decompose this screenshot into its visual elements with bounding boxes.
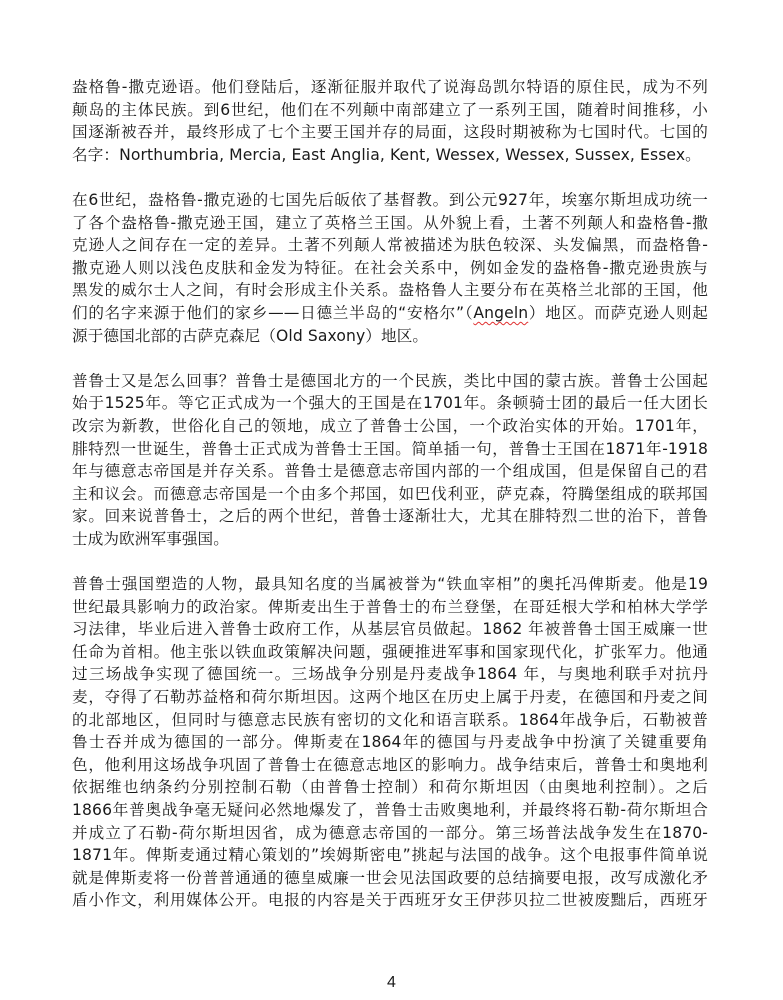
text-segment: 们的名字来源于他们的家乡——日德兰半岛的“安格尔”（ [72,304,473,322]
text-line: 习法律，毕业后进入普鲁士政府工作，从基层官员做起。1862 年被普鲁士国王威廉一… [72,618,708,641]
text-line: 主和议会。而德意志帝国是一个由多个邦国，如巴伐利亚，萨克森，符腾堡组成的联邦国 [72,483,708,506]
paragraph-bismarck: 普鲁士强国塑造的人物，最具知名度的当属被誉为“铁血宰相”的奥托冯俾斯麦。他是19… [72,573,708,912]
text-line: 世纪最具影响力的政治家。俾斯麦出生于普鲁士的布兰登堡，在哥廷根大学和柏林大学学 [72,596,708,619]
paragraph-prussia-origins: 普鲁士又是怎么回事？普鲁士是德国北方的一个民族，类比中国的蒙古族。普鲁士公国起 … [72,370,708,551]
text-line: 并成立了石勒-荷尔斯坦因省，成为德意志帝国的一部分。第三场普法战争发生在1870… [72,822,708,845]
text-line: 源于德国北部的古萨克森尼（Old Saxony）地区。 [72,325,708,348]
page-number: 4 [0,974,783,992]
paragraph-anglo-saxon-heptarchy: 盎格鲁-撒克逊语。他们登陆后，逐渐征服并取代了说海岛凯尔特语的原住民，成为不列 … [72,76,708,166]
text-line: 黑发的威尔士人之间，有时会形成主仆关系。盎格鲁人主要分布在英格兰北部的王国，他 [72,279,708,302]
text-line: 普鲁士强国塑造的人物，最具知名度的当属被誉为“铁血宰相”的奥托冯俾斯麦。他是19 [72,573,708,596]
text-line: 颠岛的主体民族。到6世纪，他们在不列颠中南部建立了一系列王国，随着时间推移，小 [72,99,708,122]
paragraph-christianization-england: 在6世纪，盎格鲁-撒克逊的七国先后皈依了基督教。到公元927年，埃塞尔斯坦成功统… [72,189,708,347]
text-line: 撒克逊人则以浅色皮肤和金发为特征。在社会关系中，例如金发的盎格鲁-撒克逊贵族与 [72,257,708,280]
text-line: 克逊人之间存在一定的差异。土著不列颠人常被描述为肤色较深、头发偏黑，而盎格鲁- [72,234,708,257]
text-line: 鲁士吞并成为德国的一部分。俾斯麦在1864年的德国与丹麦战争中扮演了关键重要角 [72,731,708,754]
text-line: 盎格鲁-撒克逊语。他们登陆后，逐渐征服并取代了说海岛凯尔特语的原住民，成为不列 [72,76,708,99]
text-line: 1871年。俾斯麦通过精心策划的”埃姆斯密电”挑起与法国的战争。这个电报事件简单… [72,844,708,867]
document-page: 盎格鲁-撒克逊语。他们登陆后，逐渐征服并取代了说海岛凯尔特语的原住民，成为不列 … [72,76,708,935]
text-line: 普鲁士又是怎么回事？普鲁士是德国北方的一个民族，类比中国的蒙古族。普鲁士公国起 [72,370,708,393]
text-line: 国逐渐被吞并，最终形成了七个主要王国并存的局面，这段时期被称为七国时代。七国的 [72,121,708,144]
text-line: 盾小作文，利用媒体公开。电报的内容是关于西班牙女王伊莎贝拉二世被废黜后，西班牙 [72,889,708,912]
text-line: 的北部地区，但同时与德意志民族有密切的文化和语言联系。1864年战争后，石勒被普 [72,709,708,732]
text-line: 在6世纪，盎格鲁-撒克逊的七国先后皈依了基督教。到公元927年，埃塞尔斯坦成功统… [72,189,708,212]
spellcheck-flagged-word[interactable]: Angeln [473,304,528,322]
text-line: 们的名字来源于他们的家乡——日德兰半岛的“安格尔”（Angeln）地区。而萨克逊… [72,302,708,325]
text-line: 1866年普奥战争毫无疑问必然地爆发了，普鲁士击败奥地利，并最终将石勒-荷尔斯坦… [72,799,708,822]
text-segment: ）地区。而萨克逊人则起 [528,304,708,322]
text-line: 依据维也纳条约分别控制石勒（由普鲁士控制）和荷尔斯坦因（由奥地利控制）。之后 [72,776,708,799]
text-line: 始于1525年。等它正式成为一个强大的王国是在1701年。条顿骑士团的最后一任大… [72,392,708,415]
text-line: 腓特烈一世诞生，普鲁士正式成为普鲁士王国。简单插一句，普鲁士王国在1871年-1… [72,438,708,461]
text-line: 就是俾斯麦将一份普普通通的德皇威廉一世会见法国政要的总结摘要电报，改写成激化矛 [72,867,708,890]
text-line: 士成为欧洲军事强国。 [72,528,708,551]
text-line: 家。回来说普鲁士，之后的两个世纪，普鲁士逐渐壮大，尤其在腓特烈二世的治下，普鲁 [72,505,708,528]
text-line: 麦，夺得了石勒苏益格和荷尔斯坦因。这两个地区在历史上属于丹麦，在德国和丹麦之间 [72,686,708,709]
text-line: 过三场战争实现了德国统一。三场战争分别是丹麦战争1864 年，与奥地利联手对抗丹 [72,663,708,686]
text-line: 任命为首相。他主张以铁血政策解决问题，强硬推进军事和国家现代化，扩张军力。他通 [72,641,708,664]
text-line: 名字：Northumbria, Mercia, East Anglia, Ken… [72,144,708,167]
text-line: 改宗为新教，世俗化自己的领地，成立了普鲁士公国，一个政治实体的开始。1701年， [72,415,708,438]
text-line: 色，他利用这场战争巩固了普鲁士在德意志地区的影响力。战争结束后，普鲁士和奥地利 [72,754,708,777]
text-line: 了各个盎格鲁-撒克逊王国，建立了英格兰王国。从外貌上看，土著不列颠人和盎格鲁-撒 [72,212,708,235]
text-line: 年与德意志帝国是并存关系。普鲁士是德意志帝国内部的一个组成国，但是保留自己的君 [72,460,708,483]
